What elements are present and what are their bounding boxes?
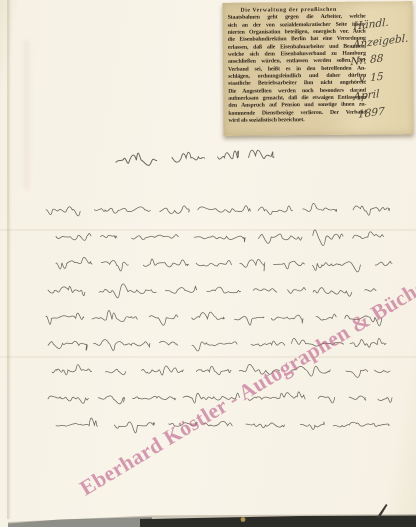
letter-handwriting [0,0,416,527]
salutation-script [172,150,274,162]
scanned-letter-page: Die Verwaltung der preußischen Staatsbah… [0,0,416,527]
handwriting-line [56,257,392,272]
salutation-script [116,153,157,165]
handwriting-line [56,230,384,246]
handwriting-line [48,284,376,298]
handwriting-line [46,203,390,216]
handwriting-line [46,310,382,325]
scan-bottom-edge [0,481,416,527]
scanner-background-gray [8,517,152,527]
handwriting-line [52,364,390,377]
debris-dot [241,517,246,522]
